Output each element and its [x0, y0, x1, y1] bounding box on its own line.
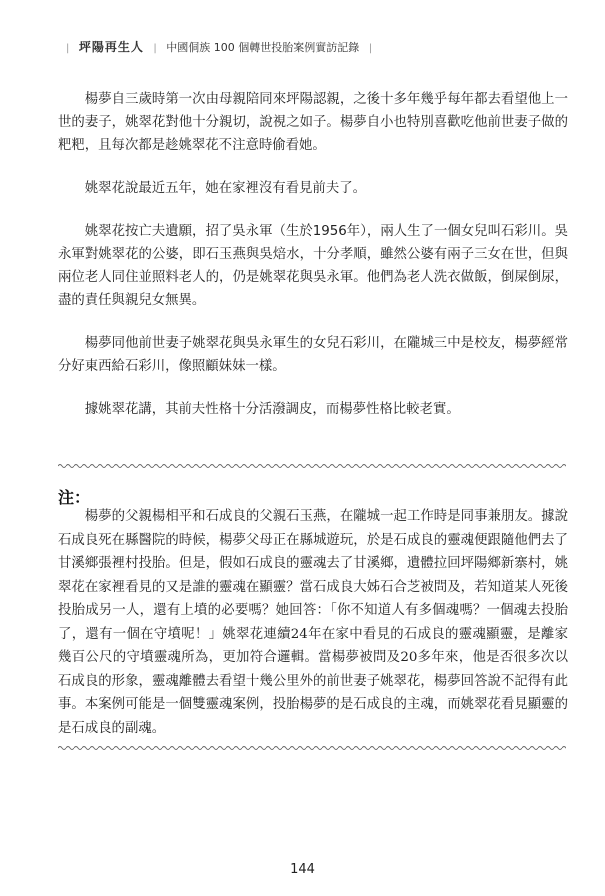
paragraph: 楊夢同他前世妻子姚翠花與吳永軍生的女兒石彩川，在隴城三中是校友，楊夢經常分好東西… — [58, 332, 568, 378]
paragraph: 楊夢自三歲時第一次由母親陪同來坪陽認親，之後十多年幾乎每年都去看望他上一世的妻子… — [58, 88, 568, 157]
book-title: 坪陽再生人 — [79, 40, 144, 54]
paragraph: 姚翠花說最近五年，她在家裡沒有看見前夫了。 — [58, 177, 568, 200]
note-body: 楊夢的父親楊相平和石成良的父親石玉燕，在隴城一起工作時是同事兼朋友。據說石成良死… — [58, 505, 568, 740]
paragraph: 姚翠花按亡夫遺願，招了吳永軍（生於1956年），兩人生了一個女兒叫石彩川。吳永軍… — [58, 220, 568, 312]
header-separator: | — [153, 43, 156, 54]
paragraph: 據姚翠花講，其前夫性格十分活潑調皮，而楊夢性格比較老實。 — [58, 398, 568, 421]
page-number: 144 — [0, 862, 605, 877]
note-paragraph: 楊夢的父親楊相平和石成良的父親石玉燕，在隴城一起工作時是同事兼朋友。據說石成良死… — [58, 505, 568, 740]
main-body: 楊夢自三歲時第一次由母親陪同來坪陽認親，之後十多年幾乎每年都去看望他上一世的妻子… — [58, 88, 568, 441]
running-header: | 坪陽再生人 | 中國侗族 100 個轉世投胎案例實訪記錄 | — [60, 38, 378, 55]
wavy-divider-top — [58, 463, 566, 469]
header-separator: | — [369, 43, 372, 54]
wavy-divider-bottom — [58, 745, 566, 751]
header-separator: | — [66, 43, 69, 54]
book-subtitle: 中國侗族 100 個轉世投胎案例實訪記錄 — [166, 41, 359, 54]
